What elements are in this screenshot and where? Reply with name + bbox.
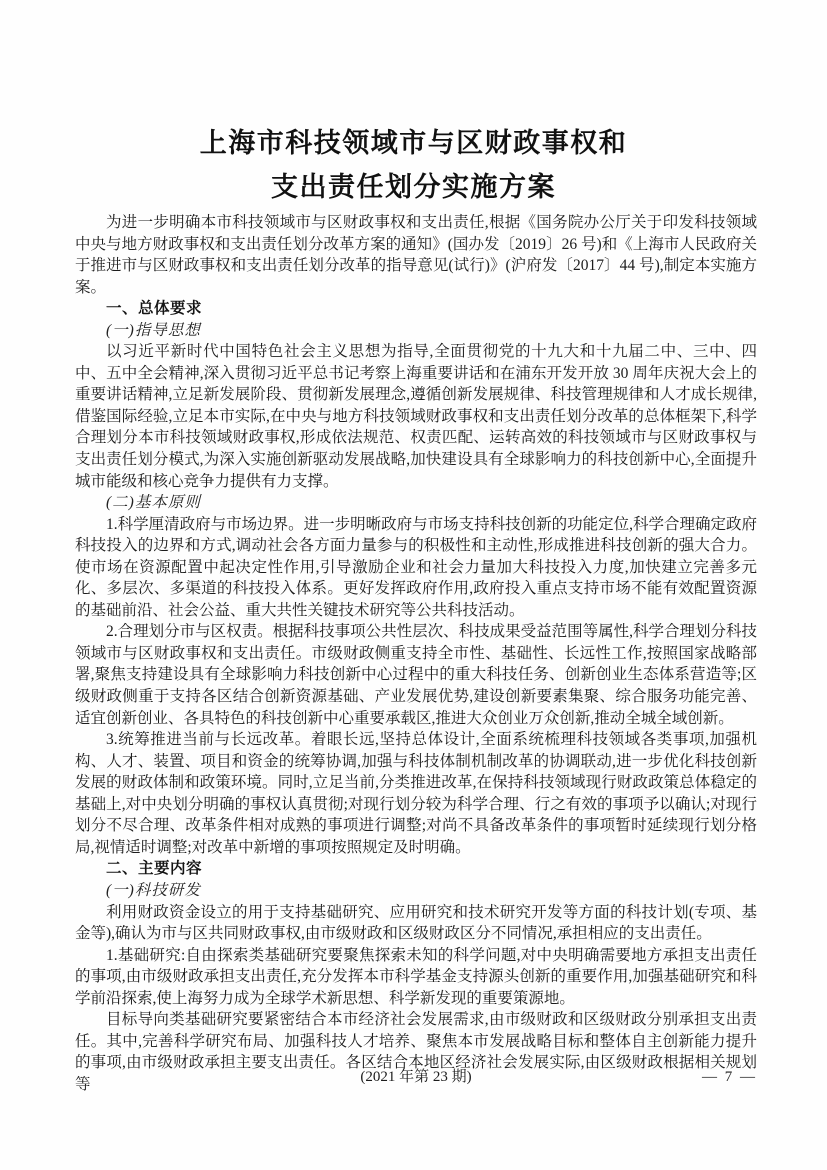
document-page: 上海市科技领域市与区财政事权和 支出责任划分实施方案 为进一步明确本市科技领域市…	[0, 0, 827, 1170]
paragraph-basic-research: 1.基础研究:自由探索类基础研究要聚焦探索未知的科学问题,对中央明确需要地方承担…	[75, 945, 757, 1010]
document-body: 为进一步明确本市科技领域市与区财政事权和支出责任,根据《国务院办公厅关于印发科技…	[75, 212, 757, 1095]
paragraph-principle-2: 2.合理划分市与区权责。根据科技事项公共性层次、科技成果受益范围等属性,科学合理…	[75, 621, 757, 729]
subsection-heading-2-1: (一)科技研发	[75, 880, 757, 902]
document-title-line2: 支出责任划分实施方案	[271, 172, 556, 202]
page-footer: (2021 年第 23 期) — 7 —	[75, 1066, 757, 1088]
paragraph-principle-1: 1.科学厘清政府与市场边界。进一步明晰政府与市场支持科技创新的功能定位,科学合理…	[75, 514, 757, 622]
paragraph-principle-3: 3.统筹推进当前与长远改革。着眼长远,坚持总体设计,全面系统梳理科技领域各类事项…	[75, 729, 757, 858]
paragraph-rd-intro: 利用财政资金设立的用于支持基础研究、应用研究和技术研究开发等方面的科技计划(专项…	[75, 902, 757, 945]
subsection-heading-1-2: (二)基本原则	[75, 492, 757, 514]
subsection-heading-1-1: (一)指导思想	[75, 320, 757, 342]
document-title-line1: 上海市科技领域市与区财政事权和	[200, 128, 628, 158]
paragraph-intro: 为进一步明确本市科技领域市与区财政事权和支出责任,根据《国务院办公厅关于印发科技…	[75, 212, 757, 298]
footer-page-number: — 7 —	[702, 1066, 757, 1088]
footer-issue-label: (2021 年第 23 期)	[75, 1066, 757, 1088]
section-heading-1: 一、总体要求	[75, 298, 757, 320]
section-heading-2: 二、主要内容	[75, 858, 757, 880]
paragraph-guiding-ideology: 以习近平新时代中国特色社会主义思想为指导,全面贯彻党的十九大和十九届二中、三中、…	[75, 341, 757, 492]
document-title: 上海市科技领域市与区财政事权和 支出责任划分实施方案	[0, 121, 827, 209]
